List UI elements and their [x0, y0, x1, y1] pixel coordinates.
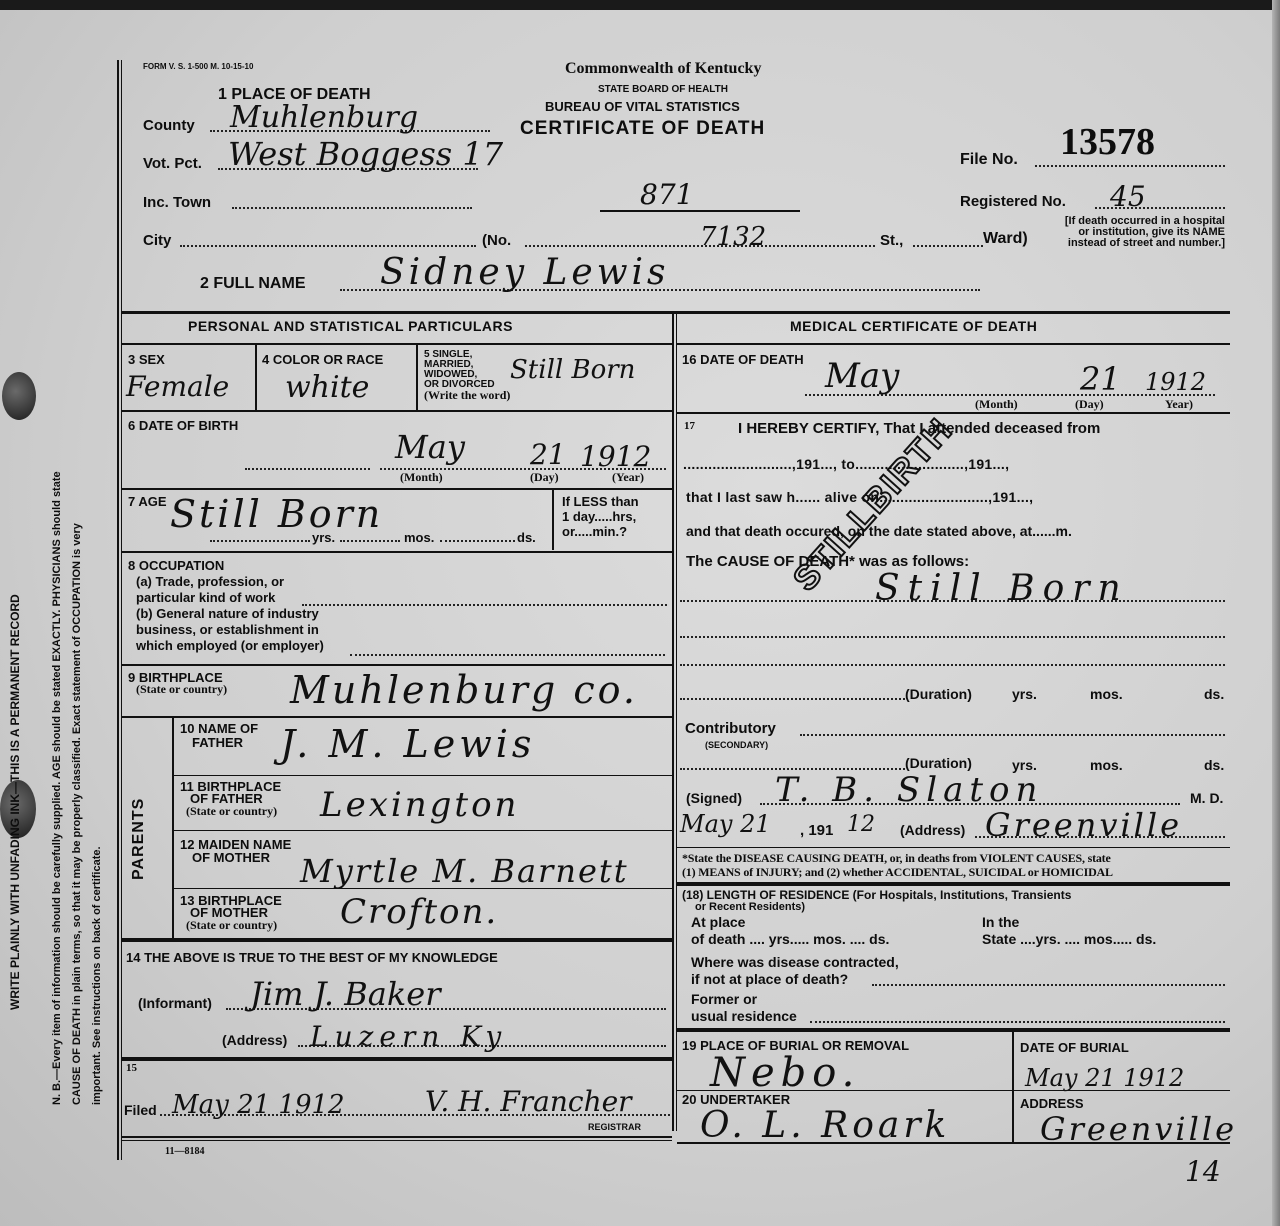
duration-label-2: (Duration) [905, 755, 972, 771]
contributory-line [800, 734, 1225, 736]
former-residence-line [810, 1021, 1225, 1023]
physician-address-label: (Address) [900, 822, 965, 838]
vot-pct-label: Vot. Pct. [143, 155, 202, 172]
left-bottom-rule-2 [122, 1140, 672, 1141]
left-bottom-rule [122, 1136, 672, 1138]
inc-town-underline [600, 210, 800, 212]
occupation-a-line: (a) Trade, profession, or [136, 574, 324, 590]
contracted-label-line: Where was disease contracted, [691, 954, 899, 971]
occupation-a-line-blank [302, 604, 667, 606]
less-than-line: If LESS than [562, 494, 639, 509]
footnote-rule [677, 882, 1230, 886]
corner-mark: 14 [1185, 1155, 1221, 1188]
registered-number-label: Registered No. [960, 193, 1066, 210]
dod-label: 16 DATE OF DEATH [682, 352, 804, 367]
age-days-label: ds. [517, 530, 536, 545]
contracted-line [872, 984, 1225, 986]
dod-month-caption: (Month) [975, 397, 1018, 412]
dob-day: 21 [530, 438, 566, 471]
age-label: 7 AGE [128, 494, 167, 509]
residence-bottom-rule [677, 1028, 1230, 1032]
file-number-line [1035, 165, 1225, 167]
mother-row-rule [174, 888, 672, 889]
race-divider [416, 345, 418, 410]
full-name-label: 2 FULL NAME [200, 275, 305, 293]
duration-ds-2: ds. [1204, 757, 1224, 773]
mother-name-label-line: OF MOTHER [180, 851, 291, 864]
left-border-line-inner [121, 60, 122, 1160]
father-name-label-line: 10 NAME OF [180, 722, 258, 736]
undertaker-address-label: ADDRESS [1020, 1096, 1084, 1111]
dob-year: 1912 [580, 440, 651, 473]
former-residence-label-line: usual residence [691, 1008, 797, 1025]
city-line [180, 245, 476, 247]
street-label: St., [880, 232, 903, 249]
birthplace-value: Muhlenburg co. [290, 668, 638, 712]
ward-line [913, 245, 983, 247]
dod-day: 21 [1080, 360, 1121, 398]
signature-rule [677, 847, 1230, 848]
age-days-line [440, 540, 515, 542]
at-place-of-death: At place of death .... yrs..... mos. ...… [691, 914, 889, 948]
street-no-label: (No. [482, 232, 511, 249]
father-birthplace-value: Lexington [320, 785, 519, 825]
medical-section-title: MEDICAL CERTIFICATE OF DEATH [790, 318, 1037, 334]
row6-rule [122, 664, 672, 666]
at-place-label-line: At place [691, 914, 889, 931]
street-no-value: 7132 [700, 222, 766, 252]
burial-date-label: DATE OF BURIAL [1020, 1040, 1129, 1055]
margin-instructions-line-1: N. B.—Every item of information should b… [50, 471, 65, 1105]
burial-divider [1012, 1032, 1014, 1142]
marital-label-line: (Write the word) [424, 390, 510, 400]
footnote-line-2: (1) MEANS of INJURY; and (2) whether ACC… [682, 865, 1113, 880]
occupation-a-line: particular kind of work [136, 590, 324, 606]
knowledge-statement: 14 THE ABOVE IS TRUE TO THE BEST OF MY K… [126, 950, 498, 965]
state-name: Commonwealth of Kentucky [565, 60, 761, 78]
race-value: white [285, 370, 369, 405]
contributory-label: Contributory [685, 720, 776, 737]
informant-bottom-rule [122, 1057, 672, 1061]
burial-rule [677, 1090, 1230, 1091]
marital-label: 5 SINGLE, MARRIED, WIDOWED, OR DIVORCED … [424, 350, 510, 400]
former-residence-label-line: Former or [691, 991, 797, 1008]
form-number: FORM V. S. 1-500 M. 10-15-10 [143, 62, 253, 71]
cause-value: Still Born [875, 568, 1129, 609]
occupation-b-line: (b) General nature of industry [136, 606, 324, 622]
dob-year-caption: (Year) [612, 470, 644, 485]
signed-label: (Signed) [686, 790, 742, 806]
column-divider [672, 311, 674, 1131]
age-years-line [210, 540, 310, 542]
dob-label: 6 DATE OF BIRTH [128, 418, 238, 433]
age-value: Still Born [170, 492, 383, 536]
dob-month-caption: (Month) [400, 470, 443, 485]
age-less-than: If LESS than 1 day.....hrs, or.....min.? [562, 494, 639, 539]
scan-top-edge [0, 0, 1280, 10]
punch-hole-top [2, 372, 36, 420]
occupation-a: (a) Trade, profession, or particular kin… [136, 574, 324, 654]
personal-section-title: PERSONAL AND STATISTICAL PARTICULARS [188, 318, 513, 334]
file-number-value: 13578 [1060, 120, 1155, 164]
dod-month: May [825, 356, 899, 396]
sex-value: Female [126, 370, 229, 403]
in-state: In the State ....yrs. .... mos..... ds. [982, 914, 1156, 948]
occupation-b-line: which employed (or employer) [136, 638, 324, 654]
margin-instructions-line-3: important. See instructions on back of c… [90, 846, 105, 1105]
duration-label-1: (Duration) [905, 686, 972, 702]
father-birthplace-rule [174, 830, 672, 831]
personal-title-rule [122, 343, 672, 345]
registrar-signature: V. H. Francher [425, 1085, 632, 1118]
dod-rule [677, 412, 1230, 414]
contracted-label: Where was disease contracted, if not at … [691, 954, 899, 988]
dob-line-a [245, 468, 370, 470]
inc-town-value: 871 [640, 178, 693, 211]
residence-label-2: or Recent Residents) [695, 901, 805, 913]
certify-number: 17 [684, 420, 695, 432]
cause-line-2 [680, 636, 1225, 638]
ward-label: Ward) [983, 230, 1028, 248]
at-place-label-line: of death .... yrs..... mos. .... ds. [691, 931, 889, 948]
margin-permanent-record-notice: WRITE PLAINLY WITH UNFADING INK—THIS IS … [8, 594, 23, 1010]
informant-address-value: Luzern Ky [310, 1020, 507, 1053]
occupation-label: 8 OCCUPATION [128, 558, 224, 573]
certificate-paper: WRITE PLAINLY WITH UNFADING INK—THIS IS … [0, 0, 1280, 1226]
hospital-note: [If death occurred in a hospital or inst… [1060, 216, 1225, 249]
parents-divider [172, 718, 174, 938]
row4-rule [122, 488, 672, 490]
sex-label: 3 SEX [128, 352, 165, 367]
age-months-label: mos. [404, 530, 434, 545]
certificate-title: CERTIFICATE OF DEATH [520, 118, 765, 140]
margin-instructions-line-2: CAUSE OF DEATH in plain terms, so that i… [70, 523, 85, 1105]
right-bottom-rule [677, 1142, 1230, 1144]
occupation-b-line-blank [350, 654, 665, 656]
filed-label: Filed [124, 1102, 157, 1118]
informant-label: (Informant) [138, 995, 212, 1011]
dod-year: 1912 [1145, 368, 1206, 396]
parents-bottom-rule [122, 938, 672, 942]
filed-number: 15 [126, 1062, 137, 1074]
former-residence-label: Former or usual residence [691, 991, 797, 1025]
row3-rule [122, 410, 672, 412]
footer-code: 11—8184 [165, 1146, 204, 1157]
duration-yrs-1: yrs. [1012, 686, 1037, 702]
sex-divider [255, 345, 257, 410]
secondary-label: (SECONDARY) [705, 740, 768, 750]
father-birthplace-label: 11 BIRTHPLACE OF FATHER (State or countr… [180, 781, 281, 817]
board-name: STATE BOARD OF HEALTH [598, 84, 728, 95]
left-border-line [117, 60, 119, 1160]
scan-right-edge [1272, 0, 1280, 1226]
mother-name-value: Myrtle M. Barnett [300, 852, 629, 890]
duration-line-1 [680, 698, 905, 700]
residence-label: (18) LENGTH OF RESIDENCE (For Hospitals,… [682, 888, 1071, 902]
marital-value: Still Born [510, 355, 635, 385]
county-value: Muhlenburg [230, 100, 418, 135]
cause-line-3 [680, 664, 1225, 666]
city-label: City [143, 232, 171, 249]
father-name-label-line: FATHER [180, 736, 258, 750]
medical-title-rule [677, 343, 1230, 345]
age-years-label: yrs. [312, 530, 335, 545]
age-less-divider [552, 490, 554, 550]
row7-rule [122, 716, 672, 718]
burial-date-value: May 21 1912 [1025, 1064, 1184, 1092]
dod-day-caption: (Day) [1075, 397, 1104, 412]
birthplace-sublabel: (State or country) [136, 682, 227, 697]
physician-signature: T. B. Slaton [775, 770, 1043, 810]
row5-rule [122, 551, 672, 553]
informant-value: Jim J. Baker [250, 975, 440, 1013]
informant-address-label: (Address) [222, 1032, 287, 1048]
physician-address-value: Greenville [985, 806, 1182, 844]
signed-year-suffix: 12 [847, 812, 875, 837]
mother-birthplace-value: Crofton. [340, 892, 498, 932]
file-number-label: File No. [960, 151, 1018, 169]
bureau-name: BUREAU OF VITAL STATISTICS [545, 99, 740, 114]
filed-value: May 21 1912 [172, 1090, 345, 1120]
contracted-label-line: if not at place of death? [691, 971, 899, 988]
occupation-b-line: business, or establishment in [136, 622, 324, 638]
mother-birthplace-label: 13 BIRTHPLACE OF MOTHER (State or countr… [180, 895, 282, 931]
mother-name-label: 12 MAIDEN NAME OF MOTHER [180, 838, 291, 864]
parents-label: PARENTS [130, 798, 148, 880]
less-than-line: or.....min.? [562, 524, 639, 539]
inc-town-line [232, 207, 472, 209]
father-name-label: 10 NAME OF FATHER [180, 722, 258, 750]
in-state-label-line: In the [982, 914, 1156, 931]
dod-year-caption: Year) [1165, 397, 1193, 412]
md-label: M. D. [1190, 790, 1223, 806]
dob-day-caption: (Day) [530, 470, 559, 485]
in-state-label-line: State ....yrs. .... mos..... ds. [982, 931, 1156, 948]
father-name-value: J. M. Lewis [280, 722, 535, 766]
signed-date: May 21 [680, 810, 771, 838]
registered-number-line [1095, 207, 1225, 209]
signed-year-prefix: , 191 [800, 822, 833, 839]
inc-town-label: Inc. Town [143, 194, 211, 211]
undertaker-value: O. L. Roark [700, 1105, 950, 1146]
certify-line-2: ..........................,191..., to...… [683, 456, 1009, 472]
vot-pct-value: West Boggess 17 [228, 135, 503, 173]
less-than-line: 1 day.....hrs, [562, 509, 639, 524]
duration-mos-1: mos. [1090, 686, 1123, 702]
father-row-rule [174, 775, 672, 776]
footnote-line-1: *State the DISEASE CAUSING DEATH, or, in… [682, 851, 1111, 866]
mother-birthplace-label-line: (State or country) [180, 919, 282, 931]
county-label: County [143, 117, 195, 134]
duration-ds-1: ds. [1204, 686, 1224, 702]
age-months-line [340, 540, 400, 542]
duration-mos-2: mos. [1090, 757, 1123, 773]
column-divider-2 [676, 311, 677, 1131]
full-name-value: Sidney Lewis [380, 252, 670, 293]
dob-month: May [395, 428, 465, 466]
registrar-label: REGISTRAR [588, 1122, 641, 1132]
father-birthplace-label-line: (State or country) [180, 805, 281, 817]
race-label: 4 COLOR OR RACE [262, 352, 383, 367]
